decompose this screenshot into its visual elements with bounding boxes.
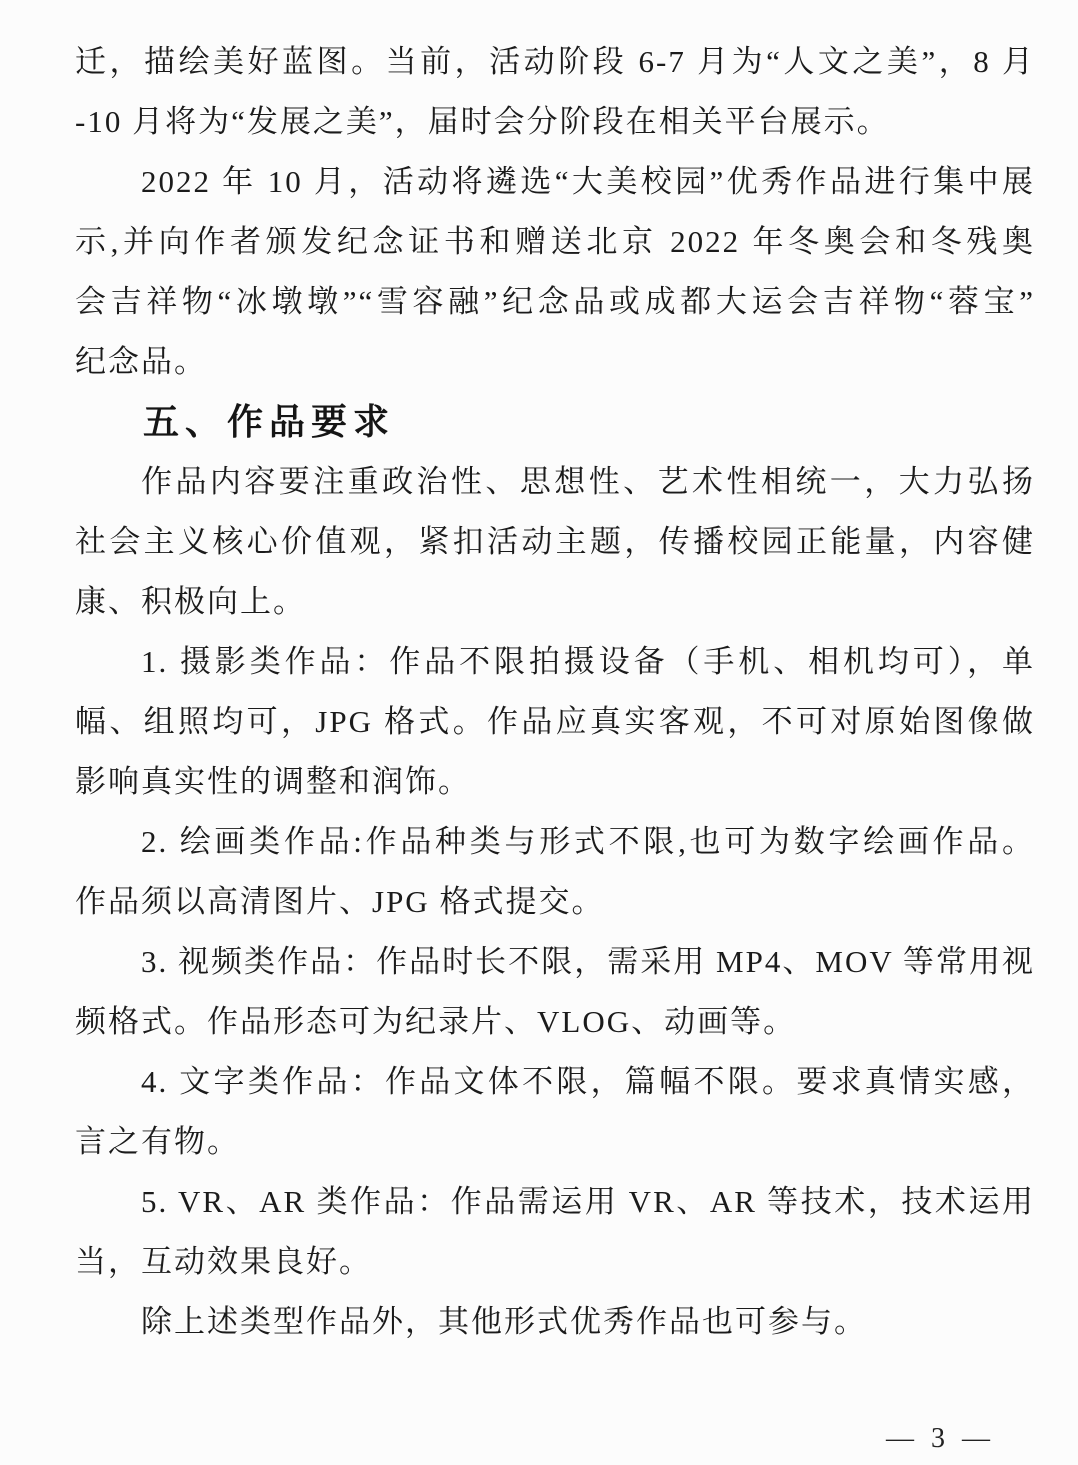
text-line: 迁，描绘美好蓝图。当前，活动阶段 6-7 月为“人文之美”，8 月 xyxy=(75,32,1035,92)
text-line: 当，互动效果良好。 xyxy=(75,1232,1035,1292)
list-item-line: 3. 视频类作品：作品时长不限，需采用 MP4、MOV 等常用视 xyxy=(75,932,1035,992)
text-line: 社会主义核心价值观，紧扣活动主题，传播校园正能量，内容健 xyxy=(75,512,1035,572)
page-number: — 3 — xyxy=(886,1423,995,1455)
text-line: 幅、组照均可，JPG 格式。作品应真实客观，不可对原始图像做 xyxy=(75,692,1035,752)
document-page: 迁，描绘美好蓝图。当前，活动阶段 6-7 月为“人文之美”，8 月 -10 月将… xyxy=(0,0,1078,1465)
section-heading: 五、作品要求 xyxy=(75,392,1035,452)
text-line: 言之有物。 xyxy=(75,1112,1035,1172)
list-item-line: 2. 绘画类作品:作品种类与形式不限,也可为数字绘画作品。 xyxy=(75,812,1035,872)
text-line: 频格式。作品形态可为纪录片、VLOG、动画等。 xyxy=(75,992,1035,1052)
list-item-line: 1. 摄影类作品：作品不限拍摄设备（手机、相机均可），单 xyxy=(75,632,1035,692)
text-line: -10 月将为“发展之美”，届时会分阶段在相关平台展示。 xyxy=(75,92,1035,152)
text-line: 除上述类型作品外，其他形式优秀作品也可参与。 xyxy=(75,1292,1035,1352)
document-body: 迁，描绘美好蓝图。当前，活动阶段 6-7 月为“人文之美”，8 月 -10 月将… xyxy=(75,32,1035,1352)
text-line: 纪念品。 xyxy=(75,332,1035,392)
text-line: 作品须以高清图片、JPG 格式提交。 xyxy=(75,872,1035,932)
text-line: 作品内容要注重政治性、思想性、艺术性相统一，大力弘扬 xyxy=(75,452,1035,512)
list-item-line: 5. VR、AR 类作品：作品需运用 VR、AR 等技术，技术运用得 xyxy=(75,1172,1035,1232)
text-line: 影响真实性的调整和润饰。 xyxy=(75,752,1035,812)
list-item-line: 4. 文字类作品：作品文体不限，篇幅不限。要求真情实感， xyxy=(75,1052,1035,1112)
text-line: 示,并向作者颁发纪念证书和赠送北京 2022 年冬奥会和冬残奥 xyxy=(75,212,1035,272)
text-line: 会吉祥物“冰墩墩”“雪容融”纪念品或成都大运会吉祥物“蓉宝” xyxy=(75,272,1035,332)
text-line: 2022 年 10 月，活动将遴选“大美校园”优秀作品进行集中展 xyxy=(75,152,1035,212)
text-line: 康、积极向上。 xyxy=(75,572,1035,632)
